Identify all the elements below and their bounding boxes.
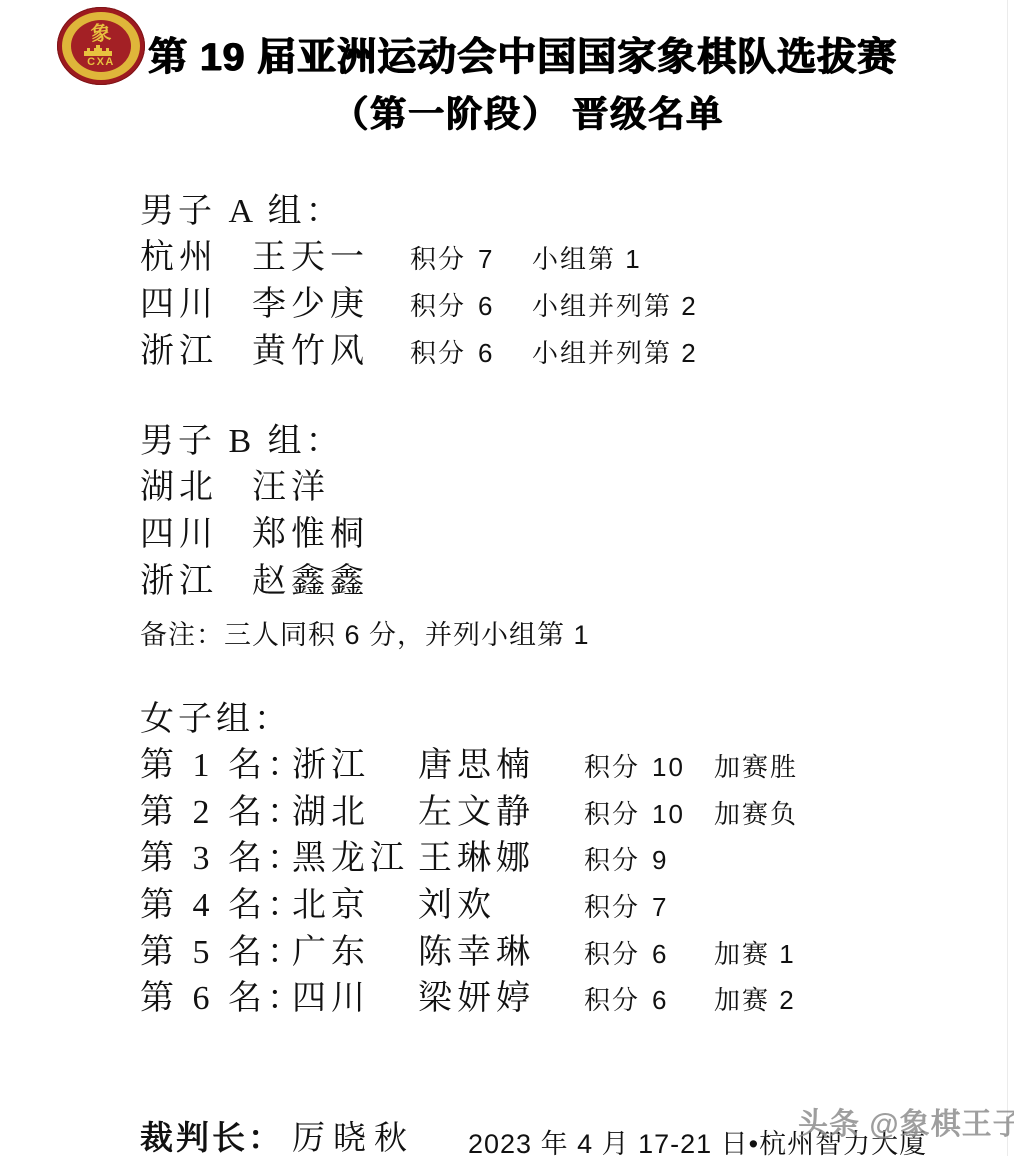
rank-label: 第 2 名： bbox=[140, 793, 292, 833]
score-label: 积分 bbox=[410, 239, 466, 279]
player-name: 郑惟桐 bbox=[252, 515, 369, 555]
placement-note: 小组第 1 bbox=[532, 239, 642, 279]
player-name: 李少庚 bbox=[252, 285, 410, 325]
tiebreak-note: 加赛胜 bbox=[714, 747, 798, 787]
xiangqi-piece-glyph: 象 bbox=[90, 23, 112, 45]
score-label: 积分 bbox=[410, 286, 466, 326]
score-value: 10 bbox=[652, 794, 685, 834]
score-group: 积分 6 bbox=[410, 333, 532, 373]
score-label: 积分 bbox=[584, 934, 640, 974]
cxa-org-text: CXA bbox=[87, 57, 115, 68]
score-label: 积分 bbox=[584, 840, 640, 880]
player-name: 唐思楠 bbox=[418, 746, 584, 786]
player-name: 王天一 bbox=[252, 238, 410, 278]
province-label: 湖北 bbox=[140, 468, 252, 508]
score-label: 积分 bbox=[410, 333, 466, 373]
placement-note: 小组并列第 2 bbox=[532, 286, 698, 326]
score-value: 6 bbox=[652, 980, 668, 1020]
score-group: 积分 10 bbox=[584, 794, 714, 834]
score-value: 6 bbox=[652, 934, 668, 974]
men-a-row-1: 杭州 王天一 积分 7 小组第 1 bbox=[140, 238, 642, 279]
province-label: 湖北 bbox=[292, 793, 418, 833]
province-label: 浙江 bbox=[292, 746, 418, 786]
player-name: 梁妍婷 bbox=[418, 979, 584, 1019]
province-label: 浙江 bbox=[140, 562, 252, 602]
men-b-note: 备注：三人同积 6 分，并列小组第 1 bbox=[140, 613, 590, 652]
men-a-row-3: 浙江 黄竹风 积分 6 小组并列第 2 bbox=[140, 332, 698, 373]
cxa-logo-core: 象 CXA bbox=[71, 20, 131, 72]
rank-label: 第 5 名： bbox=[140, 933, 292, 973]
score-value: 6 bbox=[478, 286, 494, 326]
player-name: 赵鑫鑫 bbox=[252, 562, 369, 602]
tiebreak-note: 加赛负 bbox=[714, 794, 798, 834]
score-label: 积分 bbox=[584, 887, 640, 927]
score-group: 积分 7 bbox=[410, 239, 532, 279]
rank-label: 第 3 名： bbox=[140, 839, 292, 879]
referee-name: 厉晓秋 bbox=[292, 1121, 415, 1156]
score-group: 积分 10 bbox=[584, 747, 714, 787]
chief-referee-line: 裁判长：厉晓秋 bbox=[140, 1112, 415, 1156]
score-value: 6 bbox=[478, 333, 494, 373]
great-wall-icon bbox=[83, 45, 119, 56]
province-label: 广东 bbox=[292, 933, 418, 973]
placement-note: 小组并列第 2 bbox=[532, 333, 698, 373]
province-label: 黑龙江 bbox=[292, 839, 418, 879]
women-row-5: 第 5 名： 广东 陈幸琳 积分 6 加赛 1 bbox=[140, 933, 796, 974]
score-group: 积分 9 bbox=[584, 840, 714, 880]
score-value: 9 bbox=[652, 840, 668, 880]
score-group: 积分 6 bbox=[410, 286, 532, 326]
rank-label: 第 1 名： bbox=[140, 746, 292, 786]
province-label: 浙江 bbox=[140, 332, 252, 372]
tiebreak-note: 加赛 2 bbox=[714, 980, 796, 1020]
score-group: 积分 7 bbox=[584, 887, 714, 927]
player-name: 汪洋 bbox=[252, 468, 330, 508]
player-name: 陈幸琳 bbox=[418, 933, 584, 973]
player-name: 左文静 bbox=[418, 793, 584, 833]
women-row-6: 第 6 名： 四川 梁妍婷 积分 6 加赛 2 bbox=[140, 979, 796, 1020]
document-page: 象 CXA 第 19 届亚洲运动会中国国家象棋队选拔赛 （第一阶段） 晋级名单 … bbox=[0, 0, 1014, 1156]
page-edge-divider bbox=[1007, 0, 1008, 1156]
province-label: 四川 bbox=[140, 515, 252, 555]
men-a-row-2: 四川 李少庚 积分 6 小组并列第 2 bbox=[140, 285, 698, 326]
men-a-heading: 男子 A 组： bbox=[140, 192, 344, 232]
province-label: 四川 bbox=[292, 979, 418, 1019]
score-value: 10 bbox=[652, 747, 685, 787]
score-group: 积分 6 bbox=[584, 934, 714, 974]
women-row-4: 第 4 名： 北京 刘欢 积分 7 bbox=[140, 886, 714, 927]
cxa-logo-ring: 象 CXA bbox=[62, 12, 140, 80]
page-title-line2: （第一阶段） 晋级名单 bbox=[332, 86, 724, 137]
rank-label: 第 4 名： bbox=[140, 886, 292, 926]
cxa-logo: 象 CXA bbox=[57, 7, 145, 85]
province-label: 北京 bbox=[292, 886, 418, 926]
men-b-row-2: 四川 郑惟桐 bbox=[140, 515, 369, 555]
tiebreak-note: 加赛 1 bbox=[714, 934, 796, 974]
men-b-row-1: 湖北 汪洋 bbox=[140, 468, 330, 508]
score-label: 积分 bbox=[584, 980, 640, 1020]
province-label: 四川 bbox=[140, 285, 252, 325]
women-row-2: 第 2 名： 湖北 左文静 积分 10 加赛负 bbox=[140, 793, 798, 834]
score-group: 积分 6 bbox=[584, 980, 714, 1020]
score-label: 积分 bbox=[584, 747, 640, 787]
score-value: 7 bbox=[478, 239, 494, 279]
player-name: 黄竹风 bbox=[252, 332, 410, 372]
rank-label: 第 6 名： bbox=[140, 979, 292, 1019]
women-row-3: 第 3 名： 黑龙江 王琳娜 积分 9 bbox=[140, 839, 714, 880]
women-row-1: 第 1 名： 浙江 唐思楠 积分 10 加赛胜 bbox=[140, 746, 798, 787]
men-b-row-3: 浙江 赵鑫鑫 bbox=[140, 562, 369, 602]
score-value: 7 bbox=[652, 887, 668, 927]
player-name: 王琳娜 bbox=[418, 839, 584, 879]
women-heading: 女子组： bbox=[140, 700, 292, 740]
province-label: 杭州 bbox=[140, 238, 252, 278]
referee-label: 裁判长： bbox=[140, 1121, 284, 1156]
page-title-line1: 第 19 届亚洲运动会中国国家象棋队选拔赛 bbox=[148, 26, 897, 82]
score-label: 积分 bbox=[584, 794, 640, 834]
men-b-heading: 男子 B 组： bbox=[140, 422, 344, 462]
player-name: 刘欢 bbox=[418, 886, 584, 926]
toutiao-watermark: 头条 @象棋王子 bbox=[798, 1099, 1014, 1143]
